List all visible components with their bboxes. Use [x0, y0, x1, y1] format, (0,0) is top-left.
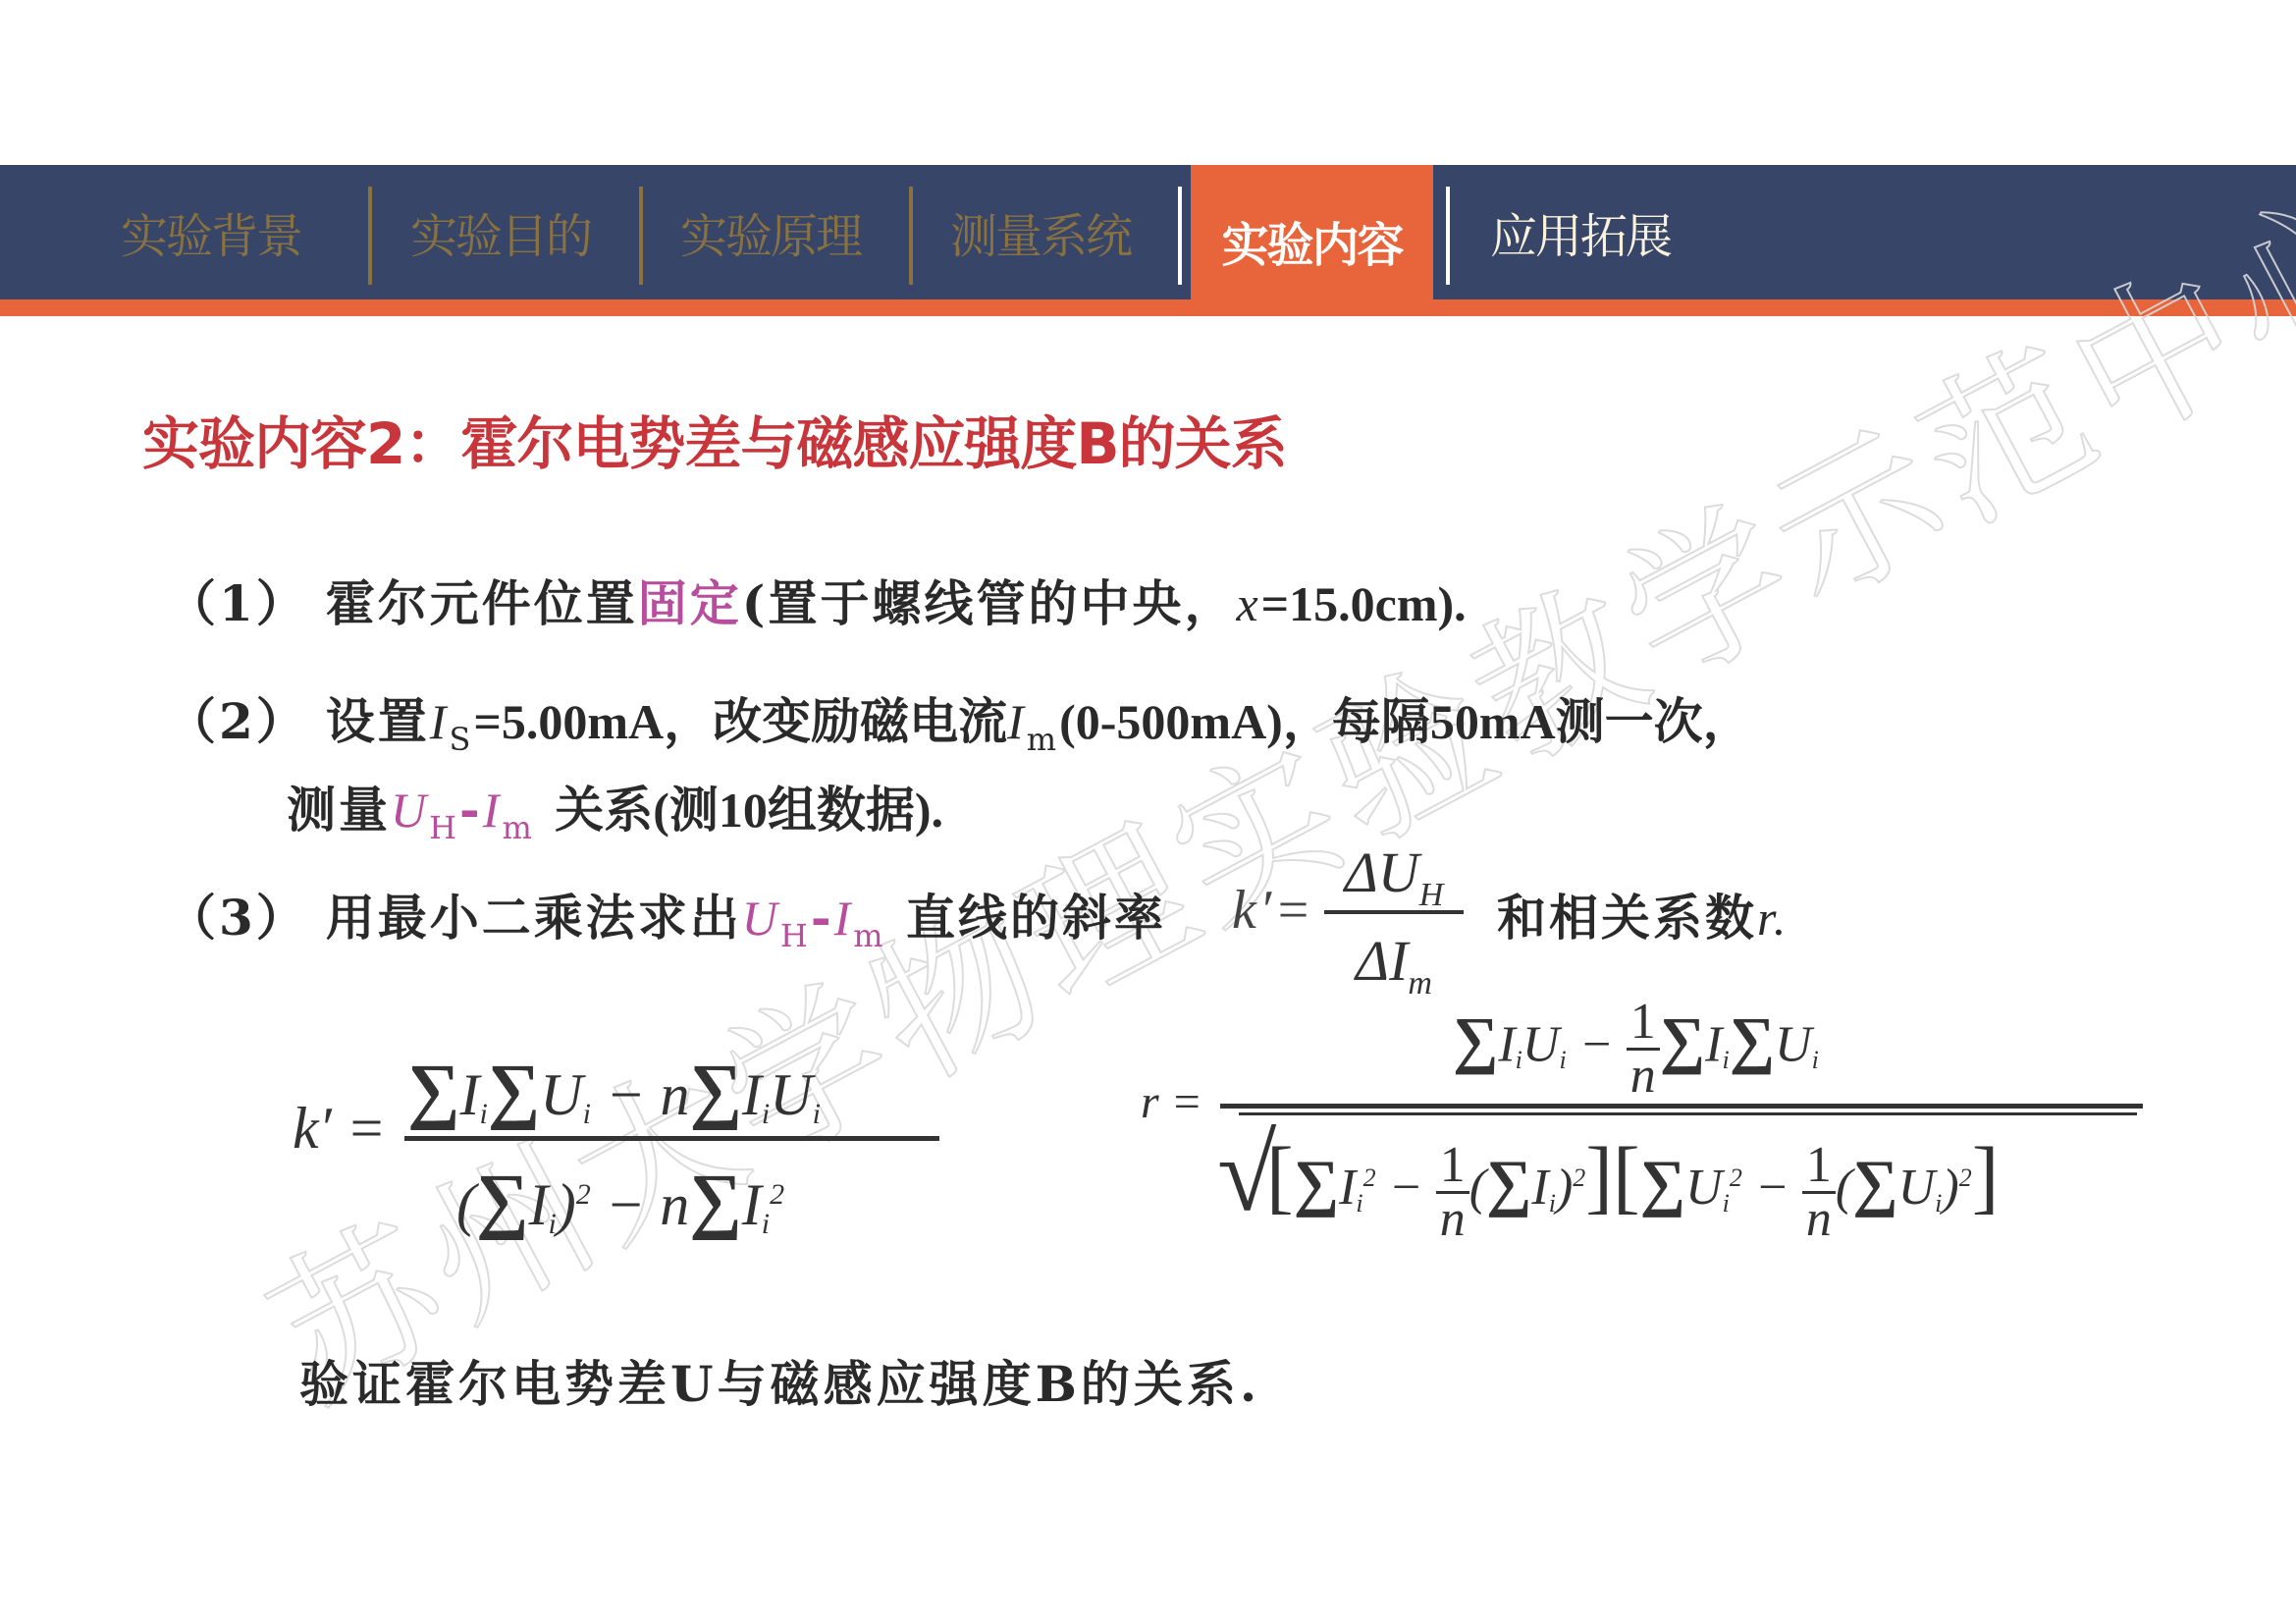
item-text: 霍尔元件位置 — [326, 574, 638, 632]
tab-background[interactable]: 实验背景 — [108, 165, 314, 299]
math-var: I — [834, 891, 854, 946]
item-number: （3） — [167, 889, 308, 947]
math-var: I — [430, 694, 450, 749]
math-var: r. — [1757, 891, 1789, 946]
math-sub: H — [429, 809, 459, 846]
highlight-text: 固定 — [638, 574, 742, 632]
item-text: 关系(测10组数据). — [555, 783, 943, 838]
tab-divider — [1178, 187, 1182, 285]
math-var: U — [391, 783, 429, 838]
nav-bar — [0, 165, 2296, 299]
item-3-tail: 和相关系数r. — [1497, 879, 1789, 949]
r-formula-denominator: [∑Ii2 − 1n(∑Ii)2][∑Ui2 − 1n(∑Ui)2] — [1266, 1129, 1999, 1245]
math-sub: m — [853, 917, 885, 954]
math-sub: m — [1408, 965, 1432, 1001]
item-text: 设置 — [326, 692, 430, 750]
item-text: 测量 — [287, 781, 391, 839]
section-title: 实验内容2：霍尔电势差与磁感应强度B的关系 — [142, 398, 1287, 480]
item-number: （2） — [167, 692, 308, 750]
item-number: （1） — [167, 574, 308, 632]
item-text: 用最小二乘法求出 — [326, 889, 742, 947]
math-var: U — [742, 891, 780, 946]
k-fraction-bar — [404, 1136, 939, 1141]
item-text: (0-500mA)，每隔50mA测一次， — [1059, 694, 1751, 749]
math-sub: H — [780, 917, 811, 954]
r-fraction-bar — [1220, 1104, 2143, 1109]
dash: - — [811, 889, 834, 947]
tab-divider — [368, 187, 372, 285]
math-sub: m — [1027, 721, 1059, 758]
sqrt-overline — [1239, 1112, 2137, 1115]
tab-measurement-system[interactable]: 测量系统 — [937, 165, 1144, 299]
math-sub: S — [449, 721, 473, 758]
nav-accent-strip — [0, 299, 2296, 316]
frac-denominator: ΔI — [1356, 929, 1408, 993]
item-text: 和相关系数 — [1497, 889, 1757, 947]
k-formula-numerator: ∑Ii∑Ui − n∑IiUi — [407, 1049, 821, 1133]
tab-applications[interactable]: 应用拓展 — [1477, 165, 1683, 299]
dash: - — [459, 781, 483, 839]
tab-divider — [909, 187, 913, 285]
math-sub: m — [502, 809, 534, 846]
tab-divider — [1446, 187, 1450, 285]
slope-fraction: ΔUH ΔIm — [1320, 839, 1468, 1002]
item-text: 直线的斜率 — [906, 889, 1166, 947]
math-sub: H — [1419, 877, 1444, 913]
conclusion-text: 验证霍尔电势差U与磁感应强度B的关系. — [299, 1345, 1260, 1416]
tab-content-active[interactable]: 实验内容 — [1191, 165, 1433, 316]
item-2-line-2: 测量UH-Im 关系(测10组数据). — [287, 771, 943, 846]
math-var: I — [1007, 694, 1027, 749]
tab-divider — [639, 187, 643, 285]
math-var: x — [1236, 576, 1260, 631]
item-text: =5.00mA，改变励磁电流 — [473, 694, 1007, 749]
item-3: （3）用最小二乘法求出UH-Im 直线的斜率 — [167, 879, 1166, 954]
slope-label: k′= — [1232, 879, 1314, 942]
tab-principle[interactable]: 实验原理 — [667, 165, 874, 299]
item-value: =15.0cm). — [1261, 576, 1467, 631]
item-1: （1）霍尔元件位置固定(置于螺线管的中央，x=15.0cm). — [167, 565, 1467, 635]
math-var: I — [483, 783, 503, 838]
r-formula-lhs: r = — [1141, 1075, 1202, 1129]
tab-objective[interactable]: 实验目的 — [398, 165, 604, 299]
frac-numerator: ΔU — [1345, 840, 1419, 904]
item-text: (置于螺线管的中央， — [742, 574, 1237, 632]
k-formula-lhs: k′ = — [293, 1095, 386, 1163]
r-formula-numerator: ∑IiUi − 1n∑Ii∑Ui — [1453, 997, 1819, 1102]
item-2: （2）设置IS=5.00mA，改变励磁电流Im(0-500mA)，每隔50mA测… — [167, 682, 1752, 758]
k-formula-denominator: (∑Ii)2 − n∑Ii2 — [456, 1159, 784, 1243]
